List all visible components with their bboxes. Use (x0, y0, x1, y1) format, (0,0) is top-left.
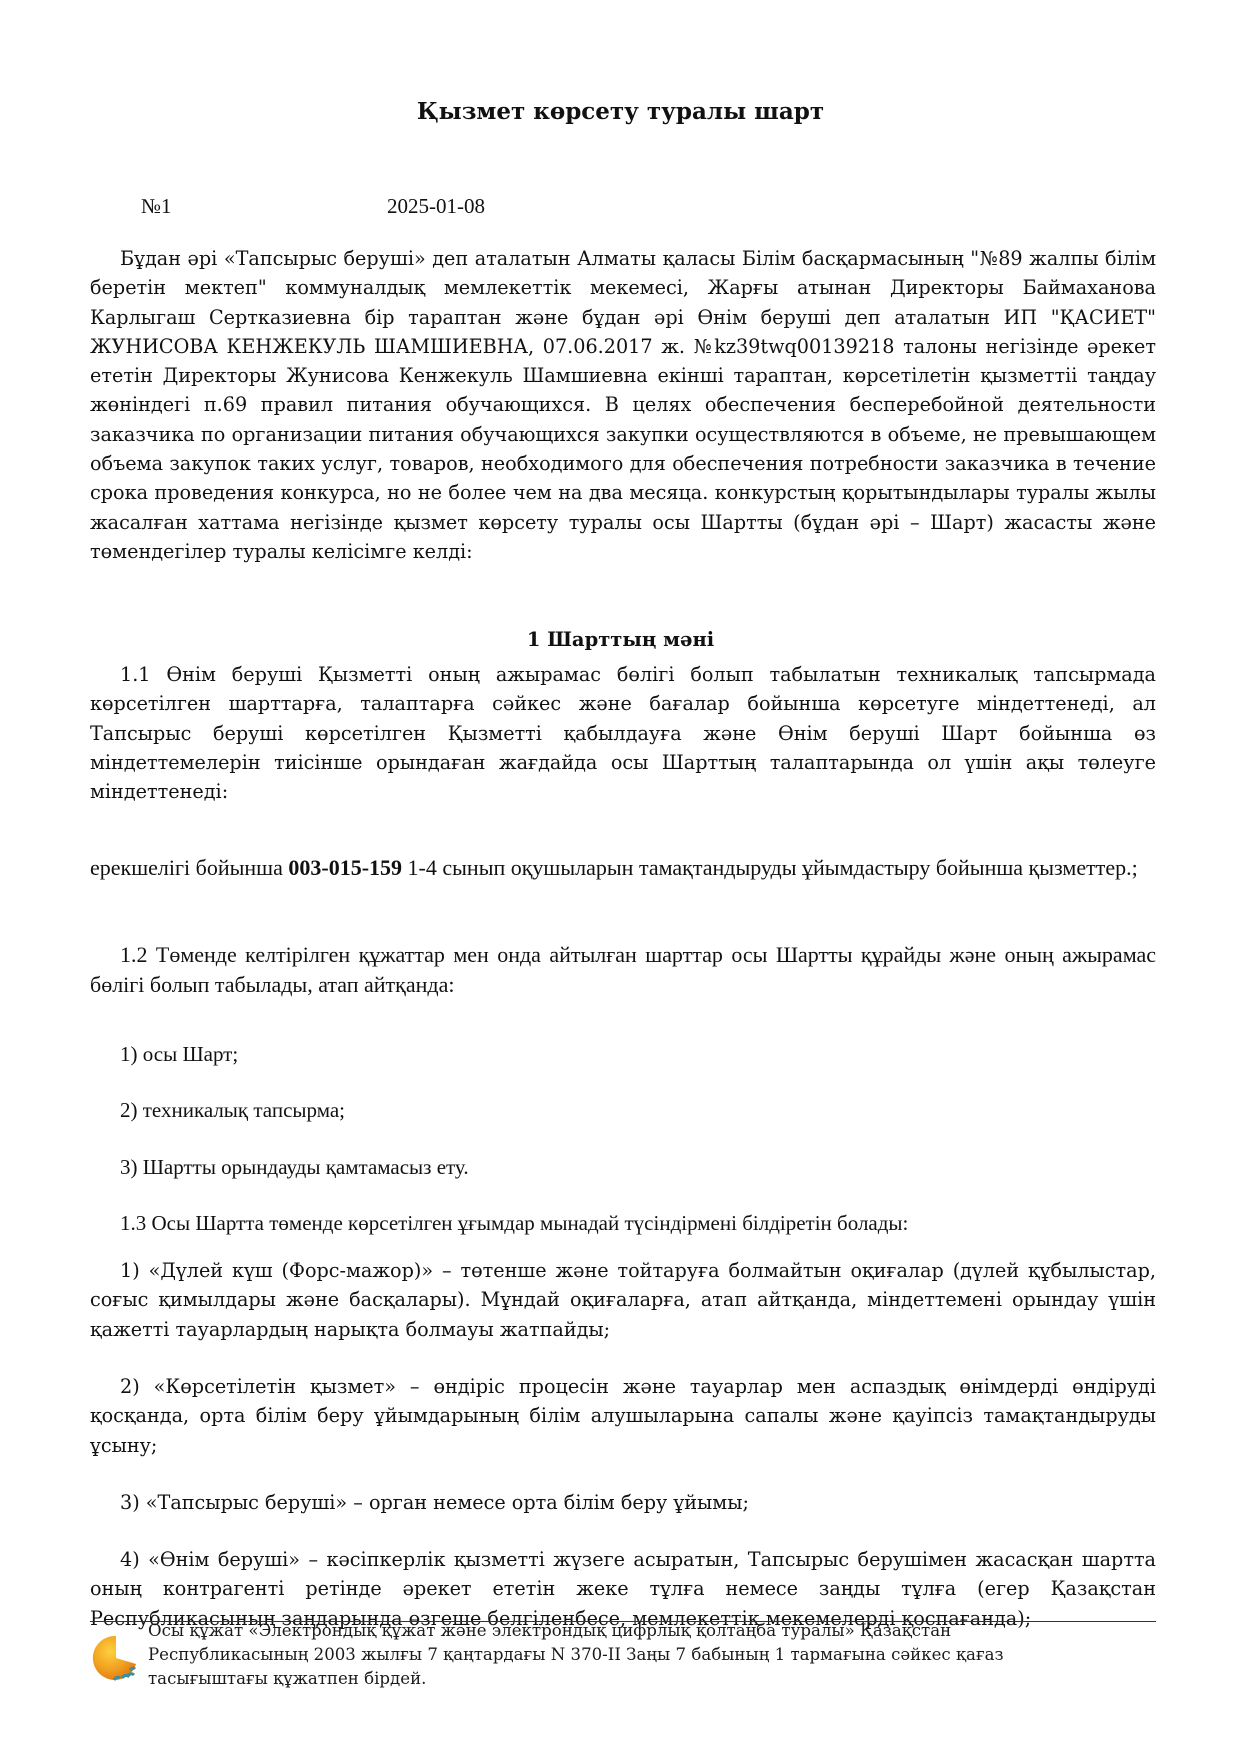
document-page: Қызмет көрсету туралы шарт №1 2025-01-08… (0, 0, 1241, 1754)
document-list-item: 1) осы Шарт; (120, 1042, 238, 1067)
preamble-paragraph: Бұдан әрі «Тапсырыс беруші» деп аталатын… (90, 244, 1156, 566)
clause-1-2-text: 1.2 Төменде келтірілген құжаттар мен онд… (90, 940, 1156, 1000)
e-gov-sun-logo-icon (92, 1634, 140, 1682)
clause-1-1: 1.1 Өнім беруші Қызметті оның ажырамас б… (90, 660, 1156, 806)
document-list-item: 3) Шартты орындауды қамтамасыз ету. (120, 1155, 469, 1180)
specification-paragraph: ерекшелігі бойынша 003-015-159 1-4 сынып… (90, 853, 1156, 883)
definition-3: 3) «Тапсырыс беруші» – орган немесе орта… (90, 1488, 1156, 1517)
e-signature-notice: Осы құжат «Электрондық құжат және электр… (148, 1619, 1048, 1691)
document-title: Қызмет көрсету туралы шарт (0, 98, 1241, 125)
contract-date: 2025-01-08 (387, 194, 485, 219)
clause-1-3-text: 1.3 Осы Шартта төменде көрсетілген ұғымд… (120, 1211, 908, 1236)
definition-text: 1) «Дүлей күш (Форс-мажор)» – төтенше жә… (90, 1256, 1156, 1344)
section-1-heading: 1 Шарттың мәні (0, 628, 1241, 651)
document-list-item: 2) техникалық тапсырма; (120, 1098, 345, 1123)
definition-1: 1) «Дүлей күш (Форс-мажор)» – төтенше жә… (90, 1256, 1156, 1344)
preamble: Бұдан әрі «Тапсырыс беруші» деп аталатын… (90, 244, 1156, 566)
definition-text: 3) «Тапсырыс беруші» – орган немесе орта… (90, 1488, 1156, 1517)
specification-line: ерекшелігі бойынша 003-015-159 1-4 сынып… (90, 853, 1156, 883)
contract-number: №1 (141, 194, 172, 219)
spec-prefix: ерекшелігі бойынша (90, 855, 283, 880)
definition-2: 2) «Көрсетілетін қызмет» – өндіріс проце… (90, 1372, 1156, 1460)
spec-suffix: 1-4 сынып оқушыларын тамақтандыруды ұйым… (408, 855, 1138, 880)
clause-1-1-text: 1.1 Өнім беруші Қызметті оның ажырамас б… (90, 660, 1156, 806)
spec-code: 003-015-159 (288, 855, 402, 880)
definition-text: 2) «Көрсетілетін қызмет» – өндіріс проце… (90, 1372, 1156, 1460)
clause-1-2: 1.2 Төменде келтірілген құжаттар мен онд… (90, 940, 1156, 1000)
